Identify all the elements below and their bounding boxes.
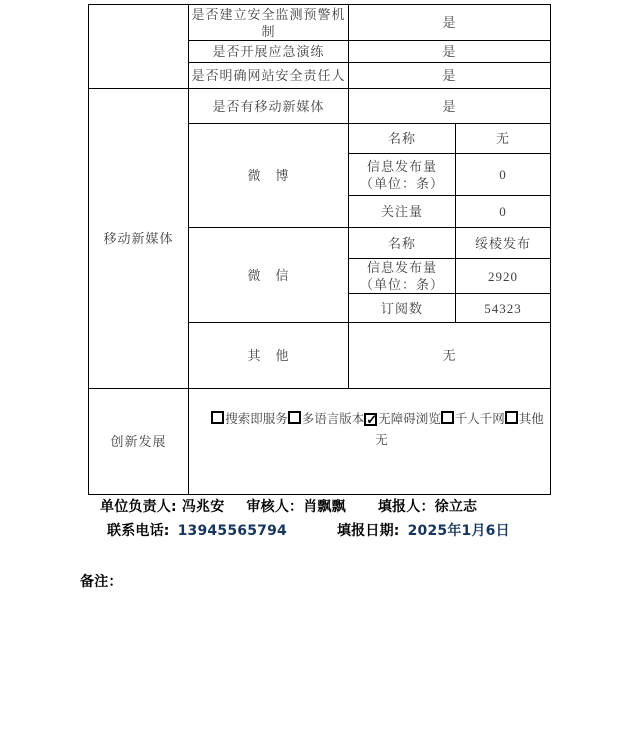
wechat-subscribers-label: 订阅数 [349, 294, 456, 323]
answer-security-officer: 是 [349, 63, 551, 89]
checkbox-personalized[interactable] [441, 411, 454, 424]
weibo-publish-label: 信息发布量 （单位：条） [349, 154, 456, 196]
filler-pair: 填报人：徐立志 [378, 499, 477, 515]
date-pair: 填报日期:2025年1月6日 [337, 523, 510, 539]
option-personalized: 千人千网 [441, 412, 505, 426]
question-emergency-drill: 是否开展应急演练 [189, 41, 349, 63]
contact-line: 联系电话:13945565794填报日期:2025年1月6日 [107, 520, 510, 540]
option-multilingual: 多语言版本 [288, 412, 365, 426]
wechat-label: 微 信 [189, 228, 349, 323]
other-media-value: 无 [349, 323, 551, 389]
category-mobile-media: 移动新媒体 [89, 89, 189, 389]
weibo-name-label: 名称 [349, 124, 456, 154]
innovation-options: 搜索即服务多语言版本✓无障碍浏览千人千网其他 无 [189, 409, 550, 474]
option-search-as-service: 搜索即服务 [211, 412, 288, 426]
checkbox-multilingual[interactable] [288, 411, 301, 424]
innovation-other-value: 无 [217, 430, 546, 450]
checkbox-other[interactable] [505, 411, 518, 424]
responsible-label: 单位负责人: [100, 499, 177, 515]
weibo-name-value: 无 [456, 124, 551, 154]
date-label: 填报日期: [337, 523, 400, 539]
answer-security-warning: 是 [349, 5, 551, 41]
weibo-label: 微 博 [189, 124, 349, 228]
question-security-warning: 是否建立安全监测预警机制 [189, 5, 349, 41]
weibo-publish-value: 0 [456, 154, 551, 196]
weibo-followers-label: 关注量 [349, 196, 456, 228]
auditor-label: 审核人： [246, 499, 303, 515]
auditor-value: 肖飘飘 [303, 499, 346, 515]
wechat-name-label: 名称 [349, 228, 456, 259]
weibo-followers-value: 0 [456, 196, 551, 228]
answer-emergency-drill: 是 [349, 41, 551, 63]
responsible-value: 冯兆安 [182, 499, 225, 515]
wechat-publish-value: 2920 [456, 259, 551, 294]
phone-value: 13945565794 [178, 523, 287, 539]
phone-pair: 联系电话:13945565794 [107, 523, 287, 539]
wechat-name-value: 绥棱发布 [456, 228, 551, 259]
filler-label: 填报人： [378, 499, 435, 515]
auditor-pair: 审核人：肖飘飘 [246, 499, 345, 515]
innovation-cell: 搜索即服务多语言版本✓无障碍浏览千人千网其他 无 [189, 389, 551, 495]
report-page: { "security": { "rows": [ {"q": "是否建立安全监… [0, 0, 623, 729]
signature-line: 单位负责人:冯兆安审核人：肖飘飘填报人：徐立志 [100, 496, 477, 516]
annual-report-table: 是否建立安全监测预警机制 是 是否开展应急演练 是 是否明确网站安全责任人 是 … [88, 4, 551, 495]
filler-value: 徐立志 [435, 499, 478, 515]
option-other: 其他 [505, 412, 544, 426]
checkbox-accessibility[interactable]: ✓ [364, 413, 377, 426]
category-innovation: 创新发展 [89, 389, 189, 495]
category-cell-empty [89, 5, 189, 89]
question-has-mobile-media: 是否有移动新媒体 [189, 89, 349, 124]
remark-label: 备注： [80, 571, 123, 591]
other-media-label: 其 他 [189, 323, 349, 389]
responsible-pair: 单位负责人:冯兆安 [100, 499, 224, 515]
question-security-officer: 是否明确网站安全责任人 [189, 63, 349, 89]
answer-has-mobile-media: 是 [349, 89, 551, 124]
wechat-subscribers-value: 54323 [456, 294, 551, 323]
wechat-publish-label: 信息发布量 （单位：条） [349, 259, 456, 294]
date-value: 2025年1月6日 [408, 523, 510, 539]
checkbox-search-as-service[interactable] [211, 411, 224, 424]
option-accessibility: ✓无障碍浏览 [364, 412, 441, 426]
phone-label: 联系电话: [107, 523, 170, 539]
